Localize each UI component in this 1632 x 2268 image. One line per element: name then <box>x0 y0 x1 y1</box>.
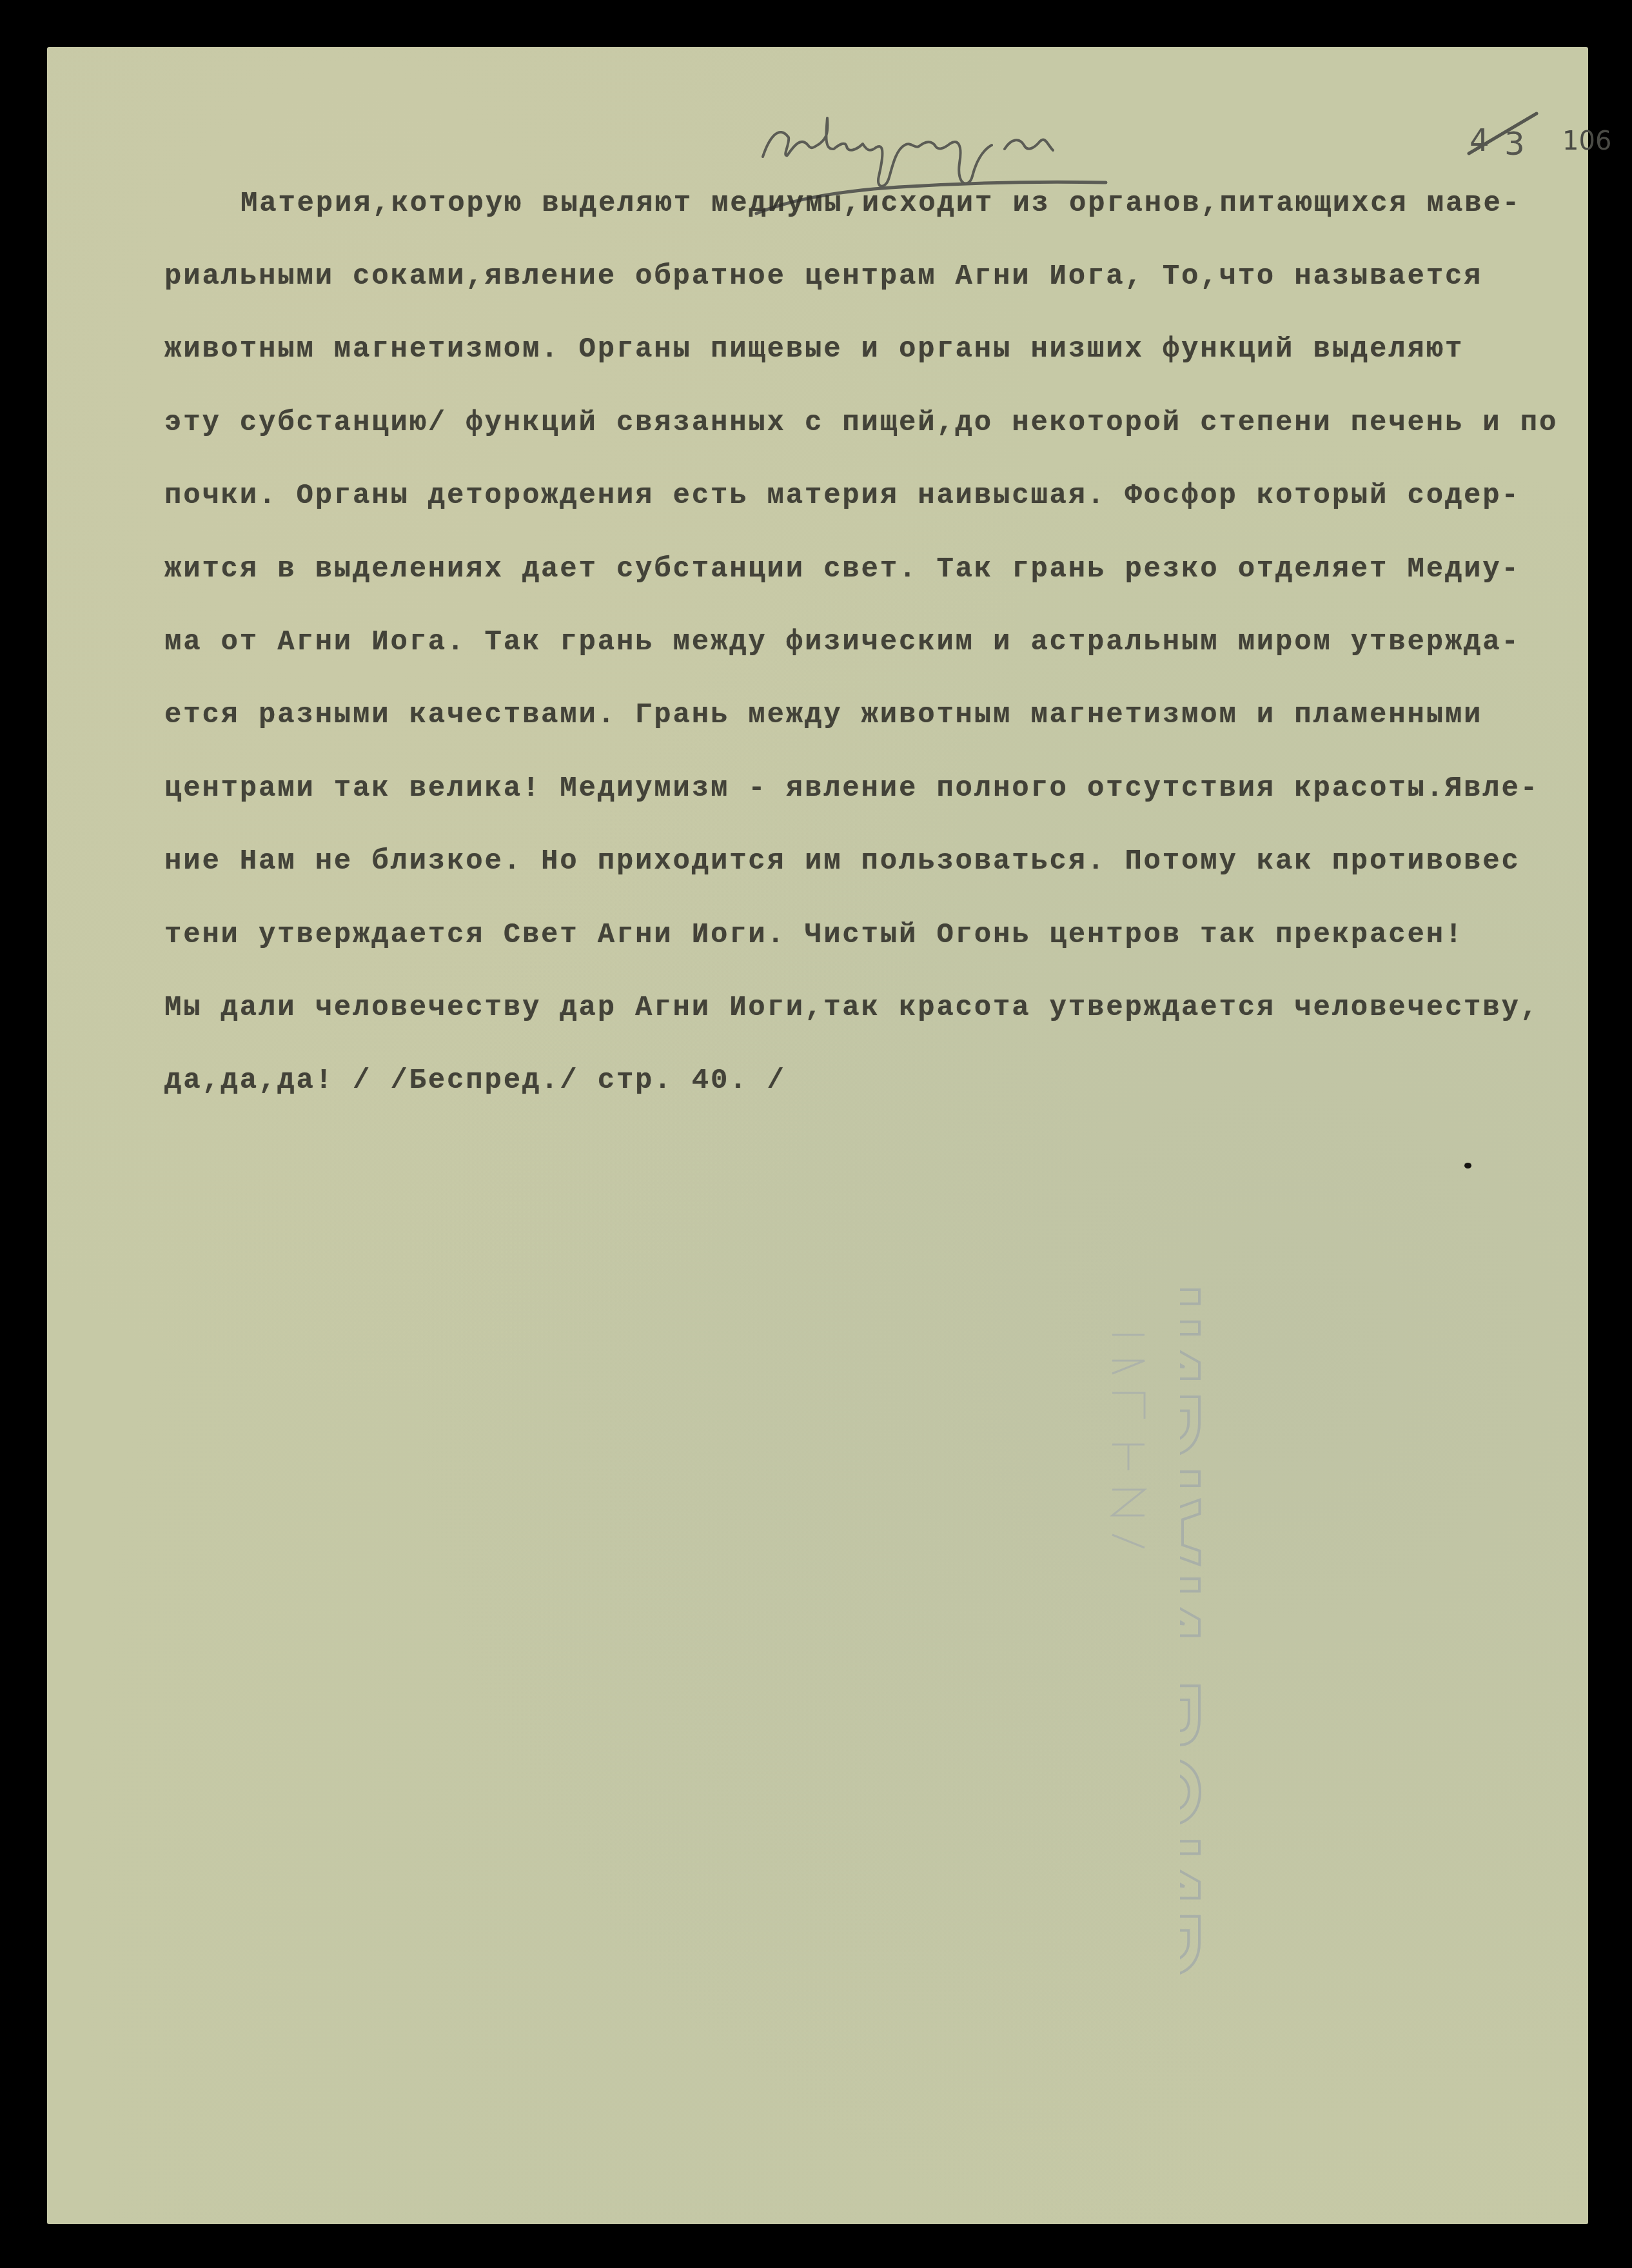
handwritten-title-text: Медиумизм <box>750 99 805 102</box>
text-line: центрами так велика! Медиумизм - явление… <box>164 777 1570 802</box>
text-line: почки. Органы деторождения есть материя … <box>164 484 1570 509</box>
text-line: Материя,которую выделяют медиумы,исходит… <box>164 192 1570 217</box>
watermark-secondary-line <box>1106 1322 1157 1567</box>
watermark-text: INDIAN BOND <box>1180 1283 1220 1985</box>
text-line: тени утверждается Свет Агни Иоги. Чистый… <box>164 923 1570 948</box>
watermark: INDIAN BOND <box>1180 1257 1283 2115</box>
typed-text-body: Материя,которую выделяют медиумы,исходит… <box>164 143 1570 1143</box>
paper-sheet: Медиумизм 4 3 106 INDIAN BOND Материя,ко… <box>47 47 1588 2224</box>
text-line: ма от Агни Иога. Так грань между физичес… <box>164 631 1570 655</box>
text-line: риальными соками,явление обратное центра… <box>164 265 1570 290</box>
ink-dot <box>1464 1163 1471 1169</box>
text-line: ется разными качествами. Грань между жив… <box>164 704 1570 728</box>
text-line: жится в выделениях дает субстанции свет.… <box>164 558 1570 582</box>
text-line: животным магнетизмом. Органы пищевые и о… <box>164 338 1570 362</box>
text-line: ние Нам не близкое. Но приходится им пол… <box>164 850 1570 874</box>
text-line: да,да,да! / /Беспред./ стр. 40. / <box>164 1069 1570 1094</box>
text-line: Мы дали человечеству дар Агни Иоги,так к… <box>164 996 1570 1021</box>
text-line: эту субстанцию/ функций связанных с пище… <box>164 411 1570 436</box>
